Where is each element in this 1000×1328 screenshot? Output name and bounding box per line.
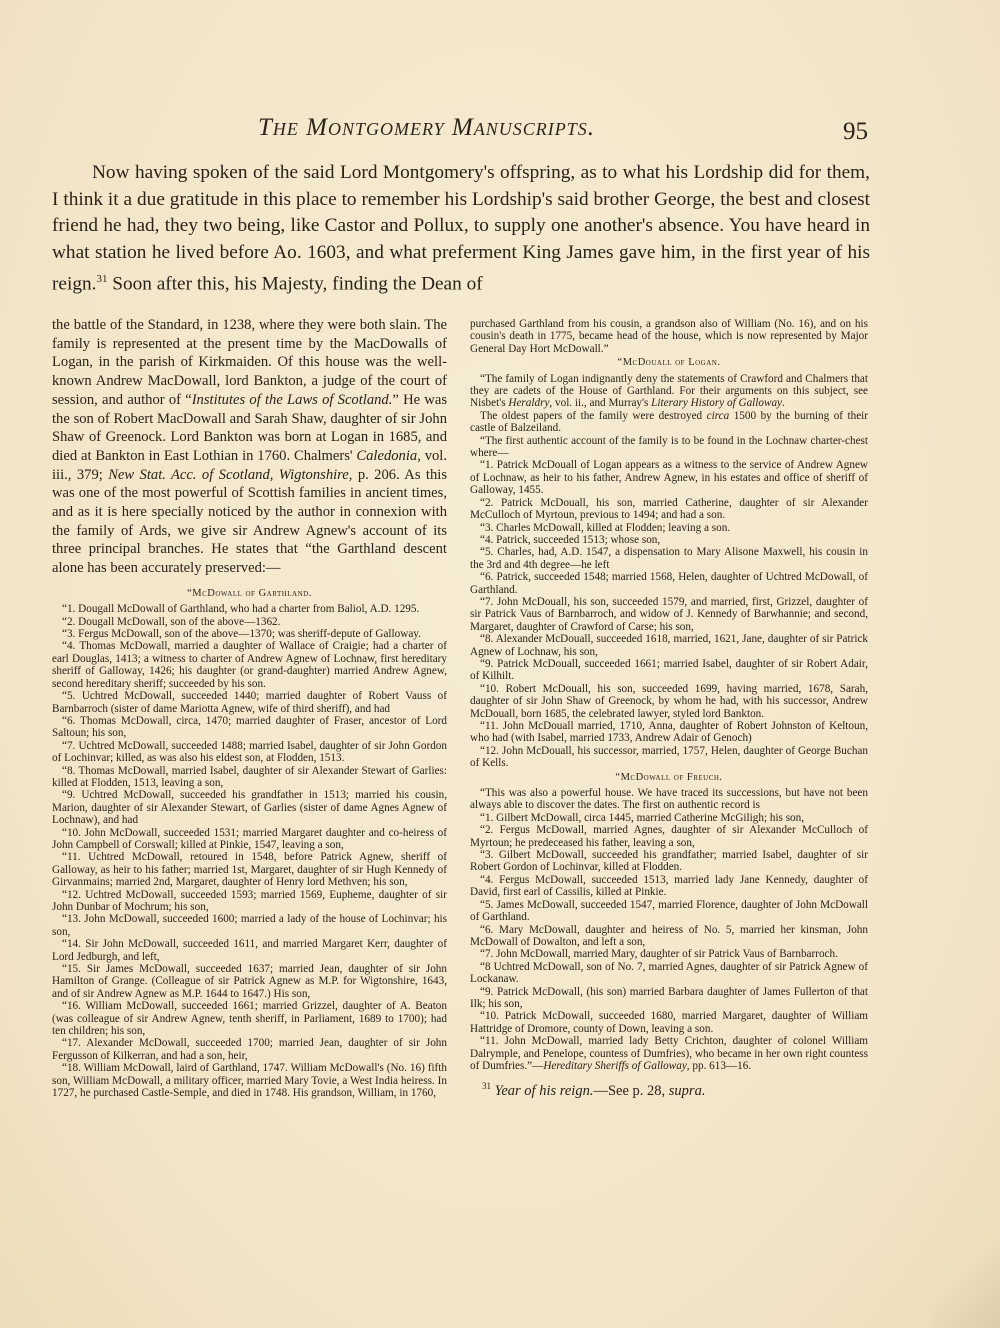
- genealogy-entry: “8. Thomas McDowall, married Isabel, dau…: [52, 765, 447, 790]
- footnote-ref[interactable]: 31: [96, 273, 107, 285]
- main-paragraph-end: Soon after this, his Majesty, finding th…: [107, 274, 482, 295]
- section-heading-garthland: “McDowall of Garthland.: [52, 588, 447, 600]
- genealogy-entry: “6. Patrick, succeeded 1548; married 156…: [470, 571, 868, 596]
- genealogy-entry: “1. Dougall McDowall of Garthland, who h…: [52, 603, 447, 615]
- footnote-number: 31: [482, 1081, 491, 1091]
- genealogy-entry: “9. Uchtred McDowall, succeeded his gran…: [52, 789, 447, 826]
- genealogy-entry: “18. William McDowall, laird of Garthlan…: [52, 1062, 447, 1099]
- left-prose: the battle of the Standard, in 1238, whe…: [52, 316, 447, 578]
- genealogy-entry: “4. Thomas McDowall, married a daughter …: [52, 640, 447, 690]
- genealogy-entry: “4. Fergus McDowall, succeeded 1513, mar…: [470, 874, 868, 899]
- footnote-column-left: the battle of the Standard, in 1238, whe…: [52, 316, 447, 1100]
- footnote-column-right: purchased Garthland from his cousin, a g…: [470, 318, 868, 1098]
- genealogy-entry: “3. Charles McDowall, killed at Flodden;…: [470, 522, 868, 534]
- footnote-supra: supra.: [669, 1083, 706, 1099]
- genealogy-entry: “11. John McDowall, married lady Betty C…: [470, 1035, 868, 1072]
- book-title: Institutes of the Laws of Scotland.: [192, 392, 393, 408]
- book-title: Literary History of Galloway: [651, 397, 782, 409]
- prose-italic: circa: [707, 410, 730, 422]
- genealogy-entry: “13. John McDowall, succeeded 1600; marr…: [52, 913, 447, 938]
- genealogy-entry: “11. John McDouall married, 1710, Anna, …: [470, 720, 868, 745]
- genealogy-entry: “17. Alexander McDowall, succeeded 1700;…: [52, 1037, 447, 1062]
- genealogy-entry: “16. William McDowall, succeeded 1661; m…: [52, 1000, 447, 1037]
- genealogy-entry: “4. Patrick, succeeded 1513; whose son,: [470, 534, 868, 546]
- running-title: The Montgomery Manuscripts.: [258, 114, 595, 142]
- genealogy-entry: “8 Uchtred McDowall, son of No. 7, marri…: [470, 961, 868, 986]
- source-citation: Hereditary Sheriffs of Galloway: [543, 1060, 686, 1072]
- page-number: 95: [843, 118, 868, 146]
- genealogy-entry: “2. Dougall McDowall, son of the above—1…: [52, 616, 447, 628]
- book-title: New Stat. Acc. of Scotland, Wigtonshire: [108, 467, 349, 483]
- genealogy-entry: “3. Fergus McDowall, son of the above—13…: [52, 628, 447, 640]
- prose-text: , p. 206. As this was one of the most po…: [52, 467, 447, 577]
- genealogy-entry: “14. Sir John McDowall, succeeded 1611, …: [52, 938, 447, 963]
- garthland-entries: “McDowall of Garthland. “1. Dougall McDo…: [52, 588, 447, 1100]
- continuation-text: purchased Garthland from his cousin, a g…: [470, 318, 868, 355]
- genealogy-entry: “5. James McDowall, succeeded 1547, marr…: [470, 899, 868, 924]
- running-head: The Montgomery Manuscripts. 95: [0, 114, 1000, 146]
- logan-account: “The first authentic account of the fami…: [470, 435, 868, 460]
- prose-text: .: [782, 397, 785, 409]
- book-title: Heraldry: [508, 397, 549, 409]
- genealogy-entry: “2. Patrick McDouall, his son, married C…: [470, 497, 868, 522]
- genealogy-entry: “1. Patrick McDouall of Logan appears as…: [470, 459, 868, 496]
- genealogy-entry: “15. Sir James McDowall, succeeded 1637;…: [52, 963, 447, 1000]
- genealogy-entry: “6. Mary McDowall, daughter and heiress …: [470, 924, 868, 949]
- page-corner-stain: [930, 1238, 1000, 1328]
- genealogy-entry: “10. Robert McDouall, his son, succeeded…: [470, 683, 868, 720]
- genealogy-entry: “7. Uchtred McDowall, succeeded 1488; ma…: [52, 740, 447, 765]
- genealogy-entry: “1. Gilbert McDowall, circa 1445, marrie…: [470, 812, 868, 824]
- genealogy-entry: “12. Uchtred McDowall, succeeded 1593; m…: [52, 889, 447, 914]
- genealogy-entry: “9. Patrick McDowall, (his son) married …: [470, 986, 868, 1011]
- source-pages: , pp. 613—16.: [687, 1060, 751, 1072]
- genealogy-entry: “11. Uchtred McDowall, retoured in 1548,…: [52, 851, 447, 888]
- section-heading-logan: “McDouall of Logan.: [470, 357, 868, 369]
- footnote-31: 31 Year of his reign.—See p. 28, supra.: [470, 1080, 868, 1097]
- section-heading-freuch: “McDowall of Freuch.: [470, 772, 868, 784]
- freuch-intro: “This was also a powerful house. We have…: [470, 787, 868, 812]
- genealogy-entry: “7. John McDowall, married Mary, daughte…: [470, 948, 868, 960]
- logan-papers: The oldest papers of the family were des…: [470, 410, 868, 435]
- footnote-italic: Year of his reign.: [495, 1083, 594, 1099]
- genealogy-entry: “7. John McDouall, his son, succeeded 15…: [470, 596, 868, 633]
- genealogy-entry: “6. Thomas McDowall, circa, 1470; marrie…: [52, 715, 447, 740]
- genealogy-entry: “10. John McDowall, succeeded 1531; marr…: [52, 827, 447, 852]
- book-title: Caledonia: [356, 448, 417, 464]
- genealogy-entry: “2. Fergus McDowall, married Agnes, daug…: [470, 824, 868, 849]
- main-text: Now having spoken of the said Lord Montg…: [52, 160, 870, 298]
- genealogy-entry: “12. John McDouall, his successor, marri…: [470, 745, 868, 770]
- genealogy-entry: “10. Patrick McDowall, succeeded 1680, m…: [470, 1010, 868, 1035]
- prose-text: The oldest papers of the family were des…: [480, 410, 707, 422]
- logan-intro: “The family of Logan indignantly deny th…: [470, 373, 868, 410]
- prose-text: , vol. ii., and Murray's: [549, 397, 651, 409]
- genealogy-entry: “5. Charles, had, A.D. 1547, a dispensat…: [470, 546, 868, 571]
- footnote-text: —See p. 28,: [593, 1083, 668, 1099]
- genealogy-entry: “5. Uchtred McDowall, succeeded 1440; ma…: [52, 690, 447, 715]
- genealogy-entry: “3. Gilbert McDowall, succeeded his gran…: [470, 849, 868, 874]
- genealogy-entry: “8. Alexander McDouall, succeeded 1618, …: [470, 633, 868, 658]
- genealogy-entry: “9. Patrick McDouall, succeeded 1661; ma…: [470, 658, 868, 683]
